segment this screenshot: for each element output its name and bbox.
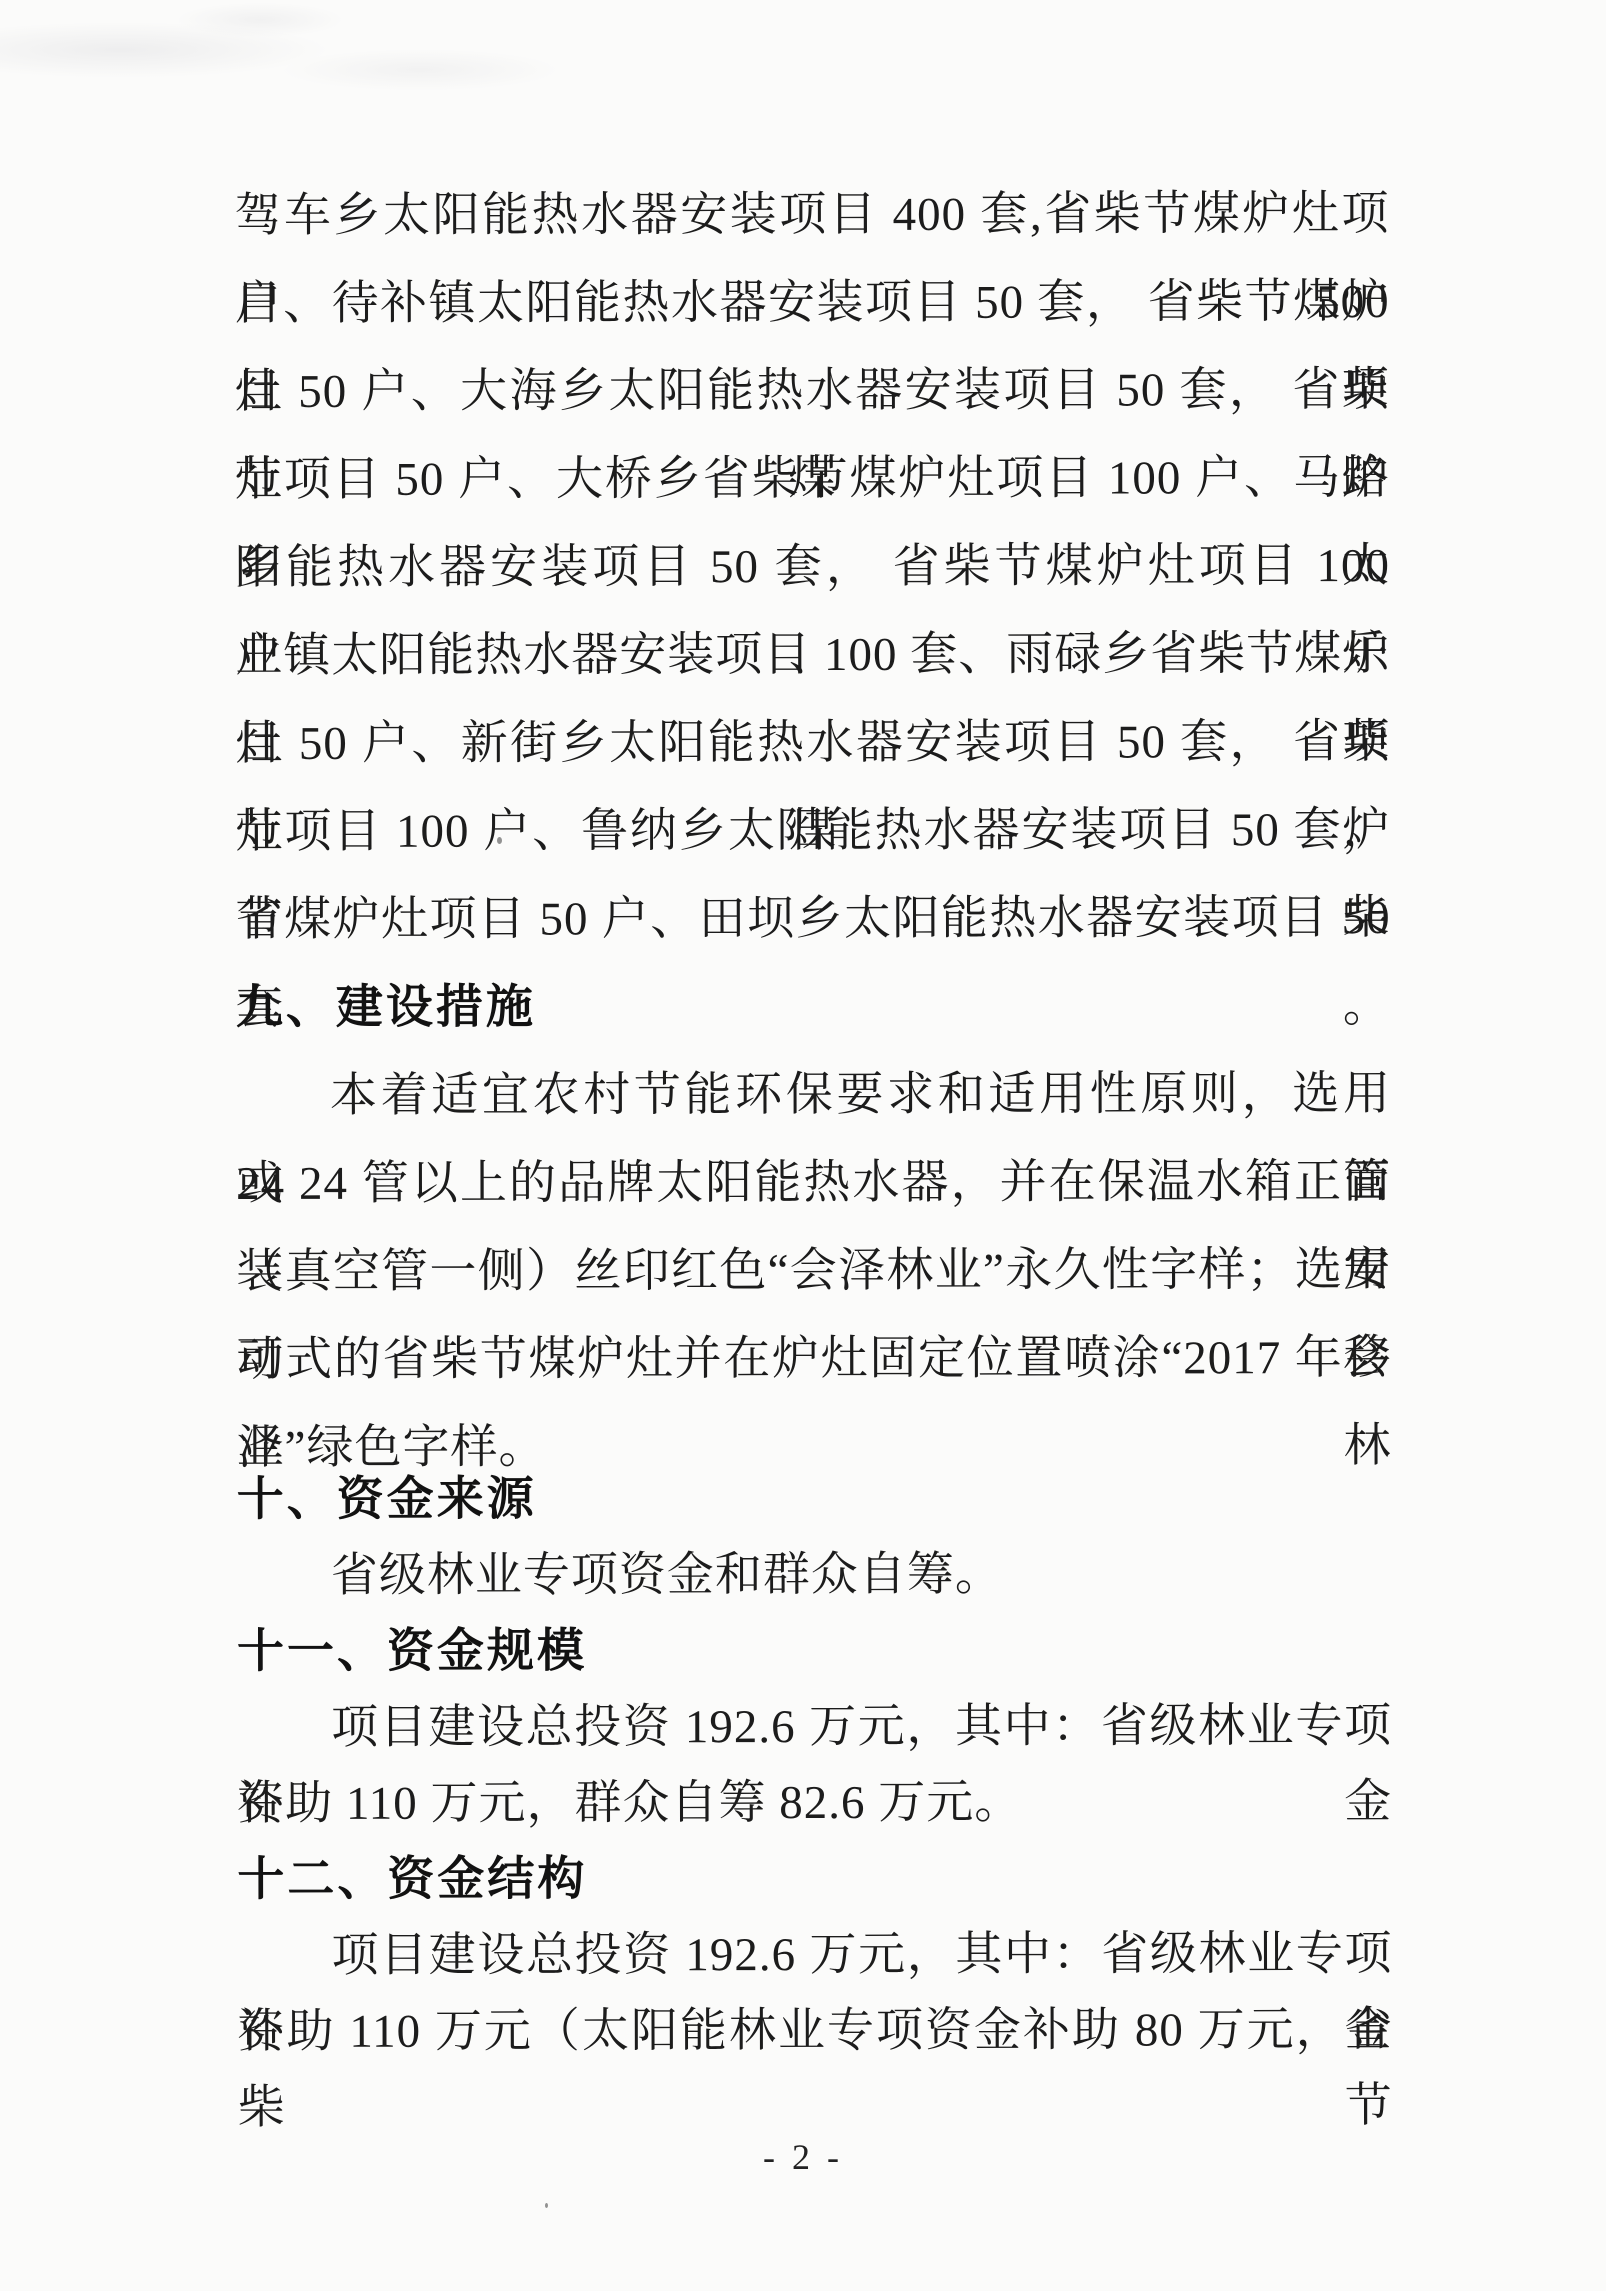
body-text-line: 或 24 管以上的品牌太阳能热水器，并在保温水箱正面（安 xyxy=(236,1138,1391,1228)
body-text-line: 驾车乡太阳能热水器安装项目 400 套,省柴节煤炉灶项目 500 xyxy=(234,170,1389,260)
page-number: - 2 - xyxy=(0,2136,1606,2178)
section-heading-12: 十二、资金结构 xyxy=(237,1840,1392,1918)
body-text-line: 省级林业专项资金和群众自筹。 xyxy=(237,1536,1392,1614)
body-text-line: 目 50 户、大海乡太阳能热水器安装项目 50 套， 省柴节煤炉 xyxy=(235,346,1390,436)
body-text-line: 业镇太阳能热水器安装项目 100 套、雨碌乡省柴节煤炉灶项 xyxy=(235,610,1390,700)
scan-speck xyxy=(545,2203,548,2208)
section-heading-11: 十一、资金规模 xyxy=(237,1612,1392,1690)
body-text-line: 装真空管一侧）丝印红色“会泽林业”永久性字样；选用可移 xyxy=(236,1226,1391,1316)
body-text-line: 项目建设总投资 192.6 万元，其中：省级林业专项资金 xyxy=(237,1688,1392,1766)
body-text-line: 阳能热水器安装项目 50 套， 省柴节煤炉灶项目 100 户、乐 xyxy=(235,522,1390,612)
body-text-line: 目 50 户、新街乡太阳能热水器安装项目 50 套， 省柴节煤炉 xyxy=(235,698,1390,788)
body-text-line: 补助 110 万元（太阳能林业专项资金补助 80 万元，省柴节 xyxy=(238,1992,1393,2070)
body-text-line: 本着适宜农村节能环保要求和适用性原则，选用 24 管 xyxy=(236,1050,1391,1140)
body-text-line: 项目建设总投资 192.6 万元，其中：省级林业专项资金 xyxy=(237,1916,1392,1994)
body-text-line: 灶项目 50 户、大桥乡省柴节煤炉灶项目 100 户、马路乡太 xyxy=(235,434,1390,524)
body-text-line: 动式的省柴节煤炉灶并在炉灶固定位置喷涂“2017 年会泽林 xyxy=(236,1314,1391,1404)
body-text-line: 节煤炉灶项目 50 户、田坝乡太阳能热水器安装项目 50 套。 xyxy=(236,874,1391,964)
scan-smudge-artifact xyxy=(0,0,640,120)
body-text-line: 户、待补镇太阳能热水器安装项目 50 套， 省柴节煤炉灶项 xyxy=(234,258,1389,348)
document-page: 驾车乡太阳能热水器安装项目 400 套,省柴节煤炉灶项目 500 户、待补镇太阳… xyxy=(234,170,1392,2070)
body-text-line: 灶项目 100 户、鲁纳乡太阳能热水器安装项目 50 套， 省柴 xyxy=(235,786,1390,876)
